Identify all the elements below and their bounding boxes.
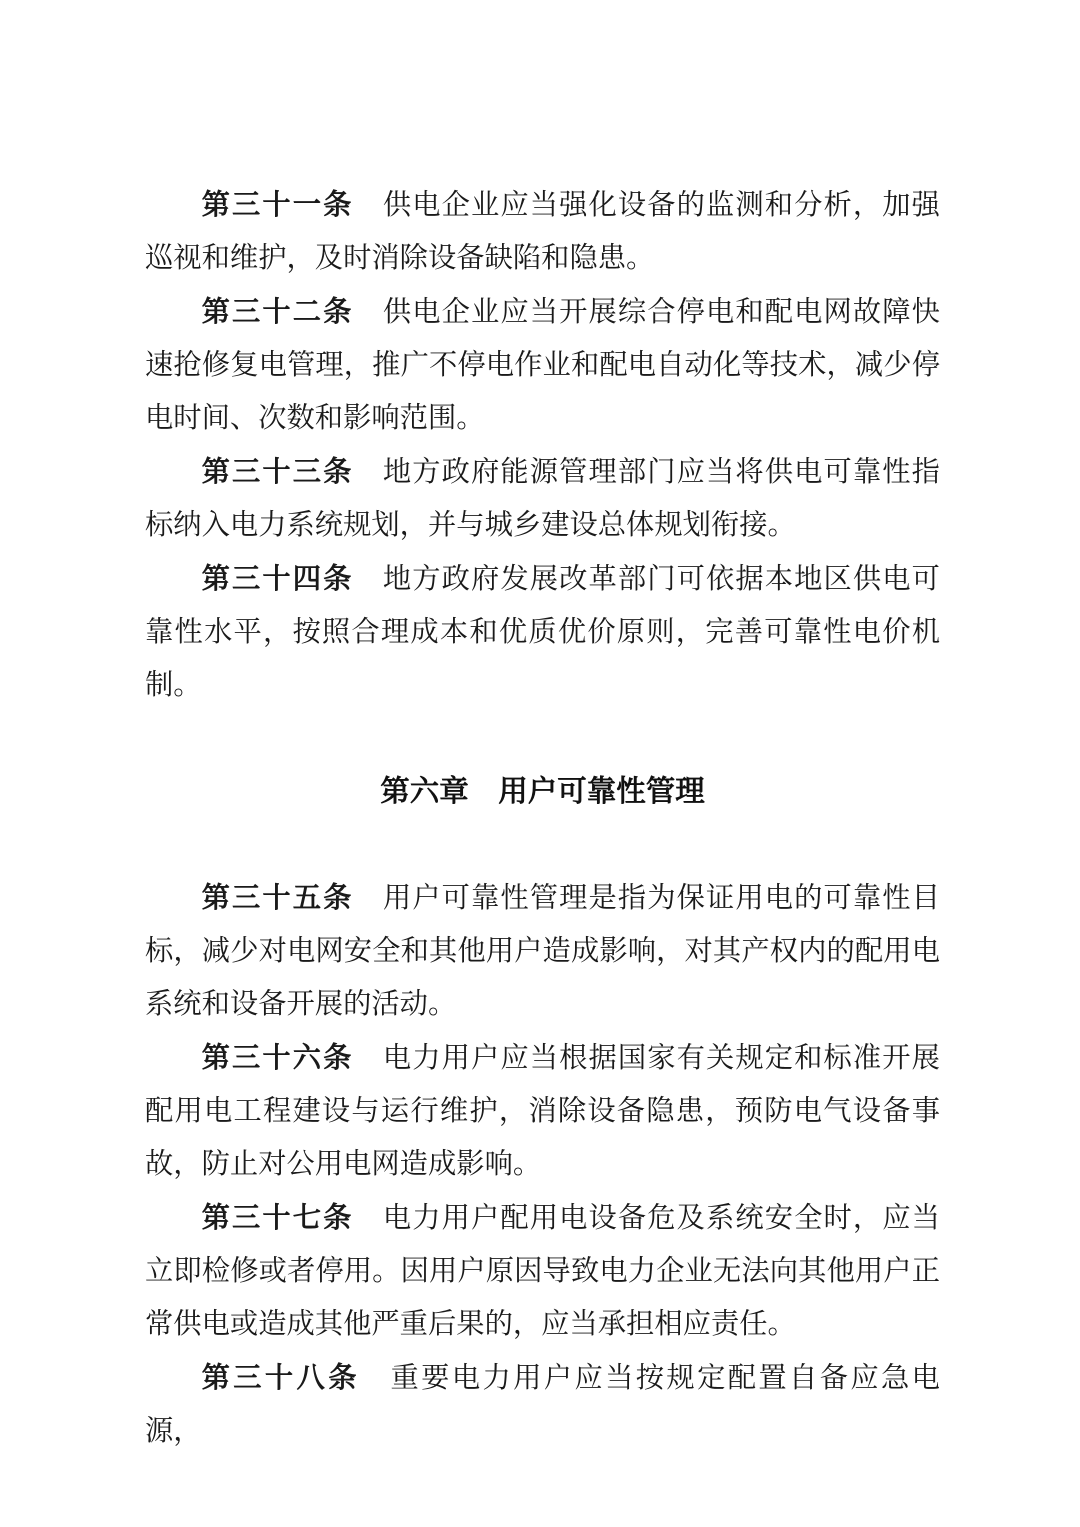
article-number: 第三十六条	[202, 1041, 354, 1073]
article-number: 第三十一条	[202, 188, 354, 220]
article-paragraph-32: 第三十二条 供电企业应当开展综合停电和配电网故障快速抢修复电管理，推广不停电作业…	[145, 285, 940, 445]
article-paragraph-38: 第三十八条 重要电力用户应当按规定配置自备应急电源，	[145, 1351, 940, 1458]
article-paragraph-31: 第三十一条 供电企业应当强化设备的监测和分析，加强巡视和维护，及时消除设备缺陷和…	[145, 178, 940, 285]
article-paragraph-35: 第三十五条 用户可靠性管理是指为保证用电的可靠性目标，减少对电网安全和其他用户造…	[145, 871, 940, 1031]
article-number: 第三十五条	[202, 881, 354, 913]
article-number: 第三十七条	[202, 1201, 354, 1233]
article-number: 第三十二条	[202, 295, 354, 327]
article-paragraph-34: 第三十四条 地方政府发展改革部门可依据本地区供电可靠性水平，按照合理成本和优质优…	[145, 552, 940, 712]
chapter-heading: 第六章 用户可靠性管理	[145, 765, 940, 818]
article-paragraph-33: 第三十三条 地方政府能源管理部门应当将供电可靠性指标纳入电力系统规划，并与城乡建…	[145, 445, 940, 552]
article-number: 第三十八条	[202, 1361, 360, 1393]
document-page: 第三十一条 供电企业应当强化设备的监测和分析，加强巡视和维护，及时消除设备缺陷和…	[0, 0, 1080, 1527]
article-number: 第三十三条	[202, 455, 354, 487]
article-number: 第三十四条	[202, 562, 354, 594]
document-content: 第三十一条 供电企业应当强化设备的监测和分析，加强巡视和维护，及时消除设备缺陷和…	[145, 178, 940, 1458]
article-paragraph-37: 第三十七条 电力用户配用电设备危及系统安全时，应当立即检修或者停用。因用户原因导…	[145, 1191, 940, 1351]
article-paragraph-36: 第三十六条 电力用户应当根据国家有关规定和标准开展配用电工程建设与运行维护，消除…	[145, 1031, 940, 1191]
